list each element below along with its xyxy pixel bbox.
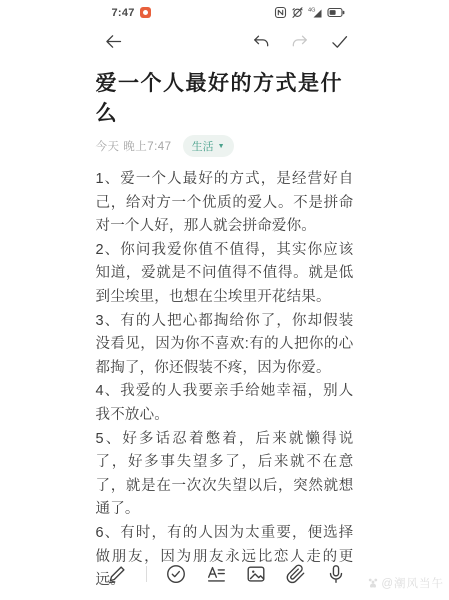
undo-icon [251,32,271,52]
watermark-logo-icon [367,577,379,589]
handwriting-pen-icon [106,563,128,585]
text-format-icon [205,563,227,585]
watermark: @潮风当午 [367,575,444,591]
signal-4g-icon: 4G [308,6,323,19]
voice-input-button[interactable] [325,563,347,585]
image-icon [245,563,267,585]
confirm-button[interactable] [329,31,350,52]
clock-time: 7:47 [112,7,135,19]
toolbar-divider [146,566,147,582]
note-paragraph: 3、有的人把心都掏给你了，你却假装没看见，因为你不喜欢:有的人把你的心都掏了，你… [96,310,354,381]
status-bar: 7:47 4G [86,0,364,19]
nav-bar [86,31,364,52]
note-paragraph: 2、你问我爱你值不值得，其实你应该知道，爱就是不问值得不值得。就是低到尘埃里，也… [96,239,354,310]
status-icons: 4G [274,6,346,19]
back-button[interactable] [103,31,124,52]
note-meta: 今天 晚上7:47 生活 ▼ [96,135,354,157]
chevron-down-icon: ▼ [218,143,225,150]
note-timestamp: 今天 晚上7:47 [96,138,172,154]
screenshot-canvas: 7:47 4G [0,0,449,600]
undo-button[interactable] [251,32,271,52]
redo-icon [290,32,310,52]
mute-icon [291,6,304,19]
note-paragraph: 1、爱一个人最好的方式，是经营好自己，给对方一个优质的爱人。不是拼命对一个人好，… [96,168,354,239]
note-paragraph: 5、好多话忍着憋着，后来就懒得说了，好多事失望多了，后来就不在意了，就是在一次次… [96,428,354,522]
watermark-text: @潮风当午 [381,575,444,591]
editor-toolbar [86,563,364,585]
microphone-icon [325,563,347,585]
attachment-icon [285,563,307,585]
insert-image-button[interactable] [245,563,267,585]
recorder-app-badge-icon [140,7,151,18]
nfc-icon [274,6,287,19]
notes-app: 7:47 4G [86,0,364,600]
note-paragraph: 4、我爱的人我要亲手给她幸福，别人我不放心。 [96,380,354,427]
back-arrow-icon [103,31,124,52]
category-tag-label: 生活 [192,138,214,154]
check-icon [329,31,350,52]
redo-button[interactable] [290,32,310,52]
handwriting-button[interactable] [106,563,128,585]
text-format-button[interactable] [205,563,227,585]
checklist-button[interactable] [165,563,187,585]
note-body-editor[interactable]: 1、爱一个人最好的方式，是经营好自己，给对方一个优质的爱人。不是拼命对一个人好，… [96,168,354,593]
attachment-button[interactable] [285,563,307,585]
category-tag-dropdown[interactable]: 生活 ▼ [183,135,234,157]
note-title[interactable]: 爱一个人最好的方式是什么 [96,67,354,127]
battery-icon [327,6,346,19]
svg-text:4G: 4G [308,8,315,14]
checklist-icon [165,563,187,585]
